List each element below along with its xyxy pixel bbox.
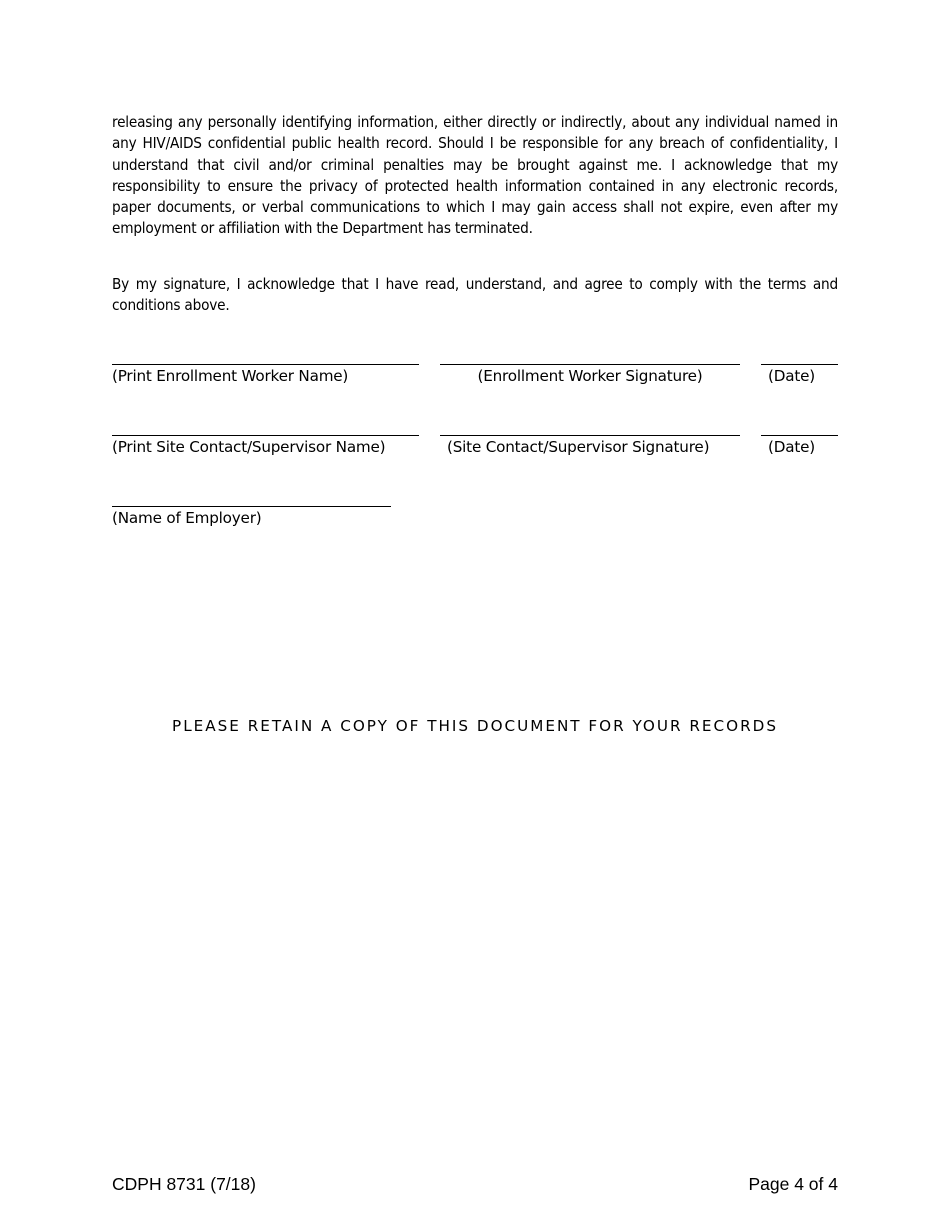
employer-name-line[interactable] <box>112 506 391 507</box>
enrollment-date-label: (Date) <box>768 367 815 385</box>
enrollment-worker-signature-label: (Enrollment Worker Signature) <box>440 367 740 385</box>
supervisor-date-label: (Date) <box>768 438 815 456</box>
confidentiality-paragraph: releasing any personally identifying inf… <box>112 112 838 240</box>
page-number: Page 4 of 4 <box>748 1174 838 1194</box>
supervisor-name-label: (Print Site Contact/Supervisor Name) <box>112 438 385 456</box>
supervisor-signature-label: (Site Contact/Supervisor Signature) <box>447 438 709 456</box>
form-id: CDPH 8731 (7/18) <box>112 1174 256 1194</box>
supervisor-date-line[interactable] <box>761 435 838 436</box>
document-page: releasing any personally identifying inf… <box>0 0 950 1230</box>
enrollment-worker-name-line[interactable] <box>112 364 419 365</box>
enrollment-worker-name-label: (Print Enrollment Worker Name) <box>112 367 348 385</box>
enrollment-date-line[interactable] <box>761 364 838 365</box>
enrollment-worker-signature-line[interactable] <box>440 364 740 365</box>
employer-name-label: (Name of Employer) <box>112 509 261 527</box>
supervisor-name-line[interactable] <box>112 435 419 436</box>
supervisor-signature-line[interactable] <box>440 435 740 436</box>
acknowledgement-paragraph: By my signature, I acknowledge that I ha… <box>112 274 838 317</box>
retain-copy-notice: PLEASE RETAIN A COPY OF THIS DOCUMENT FO… <box>0 716 950 736</box>
